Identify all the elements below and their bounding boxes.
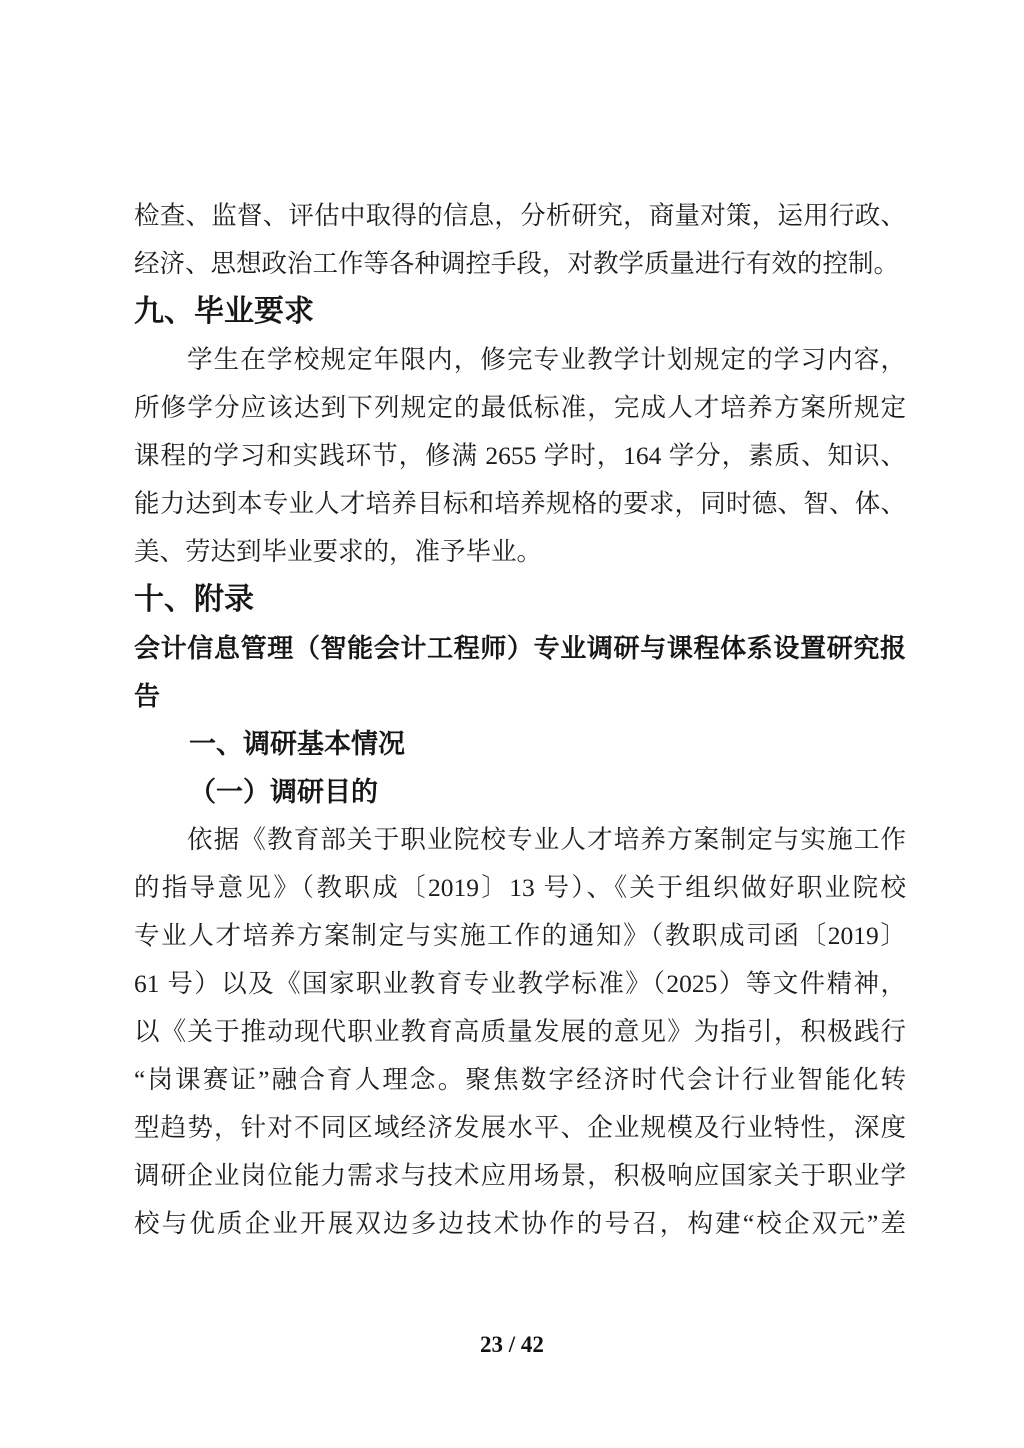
- body-text-line: 能力达到本专业人才培养目标和培养规格的要求，同时德、智、体、: [134, 480, 906, 528]
- body-text-line: 型趋势，针对不同区域经济发展水平、企业规模及行业特性，深度: [134, 1104, 906, 1152]
- body-text-line: 校与优质企业开展双边多边技术协作的号召，构建“校企双元”差: [134, 1200, 906, 1248]
- body-text-line: “岗课赛证”融合育人理念。聚焦数字经济时代会计行业智能化转: [134, 1056, 906, 1104]
- report-title-line: 会计信息管理（智能会计工程师）专业调研与课程体系设置研究报: [134, 624, 906, 672]
- body-text-line: 美、劳达到毕业要求的，准予毕业。: [134, 528, 906, 576]
- section-heading: 九、毕业要求: [134, 288, 906, 336]
- body-text-line: 专业人才培养方案制定与实施工作的通知》（教职成司函〔2019〕: [134, 912, 906, 960]
- body-text-line: 61 号）以及《国家职业教育专业教学标准》（2025）等文件精神，: [134, 960, 906, 1008]
- body-text-line: 所修学分应该达到下列规定的最低标准，完成人才培养方案所规定: [134, 384, 906, 432]
- body-text-line: 课程的学习和实践环节，修满 2655 学时，164 学分，素质、知识、: [134, 432, 906, 480]
- body-text-line: 学生在学校规定年限内，修完专业教学计划规定的学习内容，: [134, 336, 906, 384]
- subsection-heading: 一、调研基本情况: [134, 720, 906, 768]
- section-heading: 十、附录: [134, 576, 906, 624]
- body-text-line: 调研企业岗位能力需求与技术应用场景，积极响应国家关于职业学: [134, 1152, 906, 1200]
- body-text-line: 依据《教育部关于职业院校专业人才培养方案制定与实施工作: [134, 816, 906, 864]
- report-title-line: 告: [134, 672, 906, 720]
- body-text-line: 检查、监督、评估中取得的信息，分析研究，商量对策，运用行政、: [134, 192, 906, 240]
- page-number: 23 / 42: [0, 1328, 1024, 1362]
- text-flow: 检查、监督、评估中取得的信息，分析研究，商量对策，运用行政、经济、思想政治工作等…: [134, 192, 906, 1248]
- body-text-line: 经济、思想政治工作等各种调控手段，对教学质量进行有效的控制。: [134, 240, 906, 288]
- document-page: 检查、监督、评估中取得的信息，分析研究，商量对策，运用行政、经济、思想政治工作等…: [0, 0, 1024, 1448]
- subsection-heading: （一）调研目的: [134, 768, 906, 816]
- body-text-line: 的指导意见》（教职成〔2019〕13 号）、《关于组织做好职业院校: [134, 864, 906, 912]
- body-text-line: 以《关于推动现代职业教育高质量发展的意见》为指引，积极践行: [134, 1008, 906, 1056]
